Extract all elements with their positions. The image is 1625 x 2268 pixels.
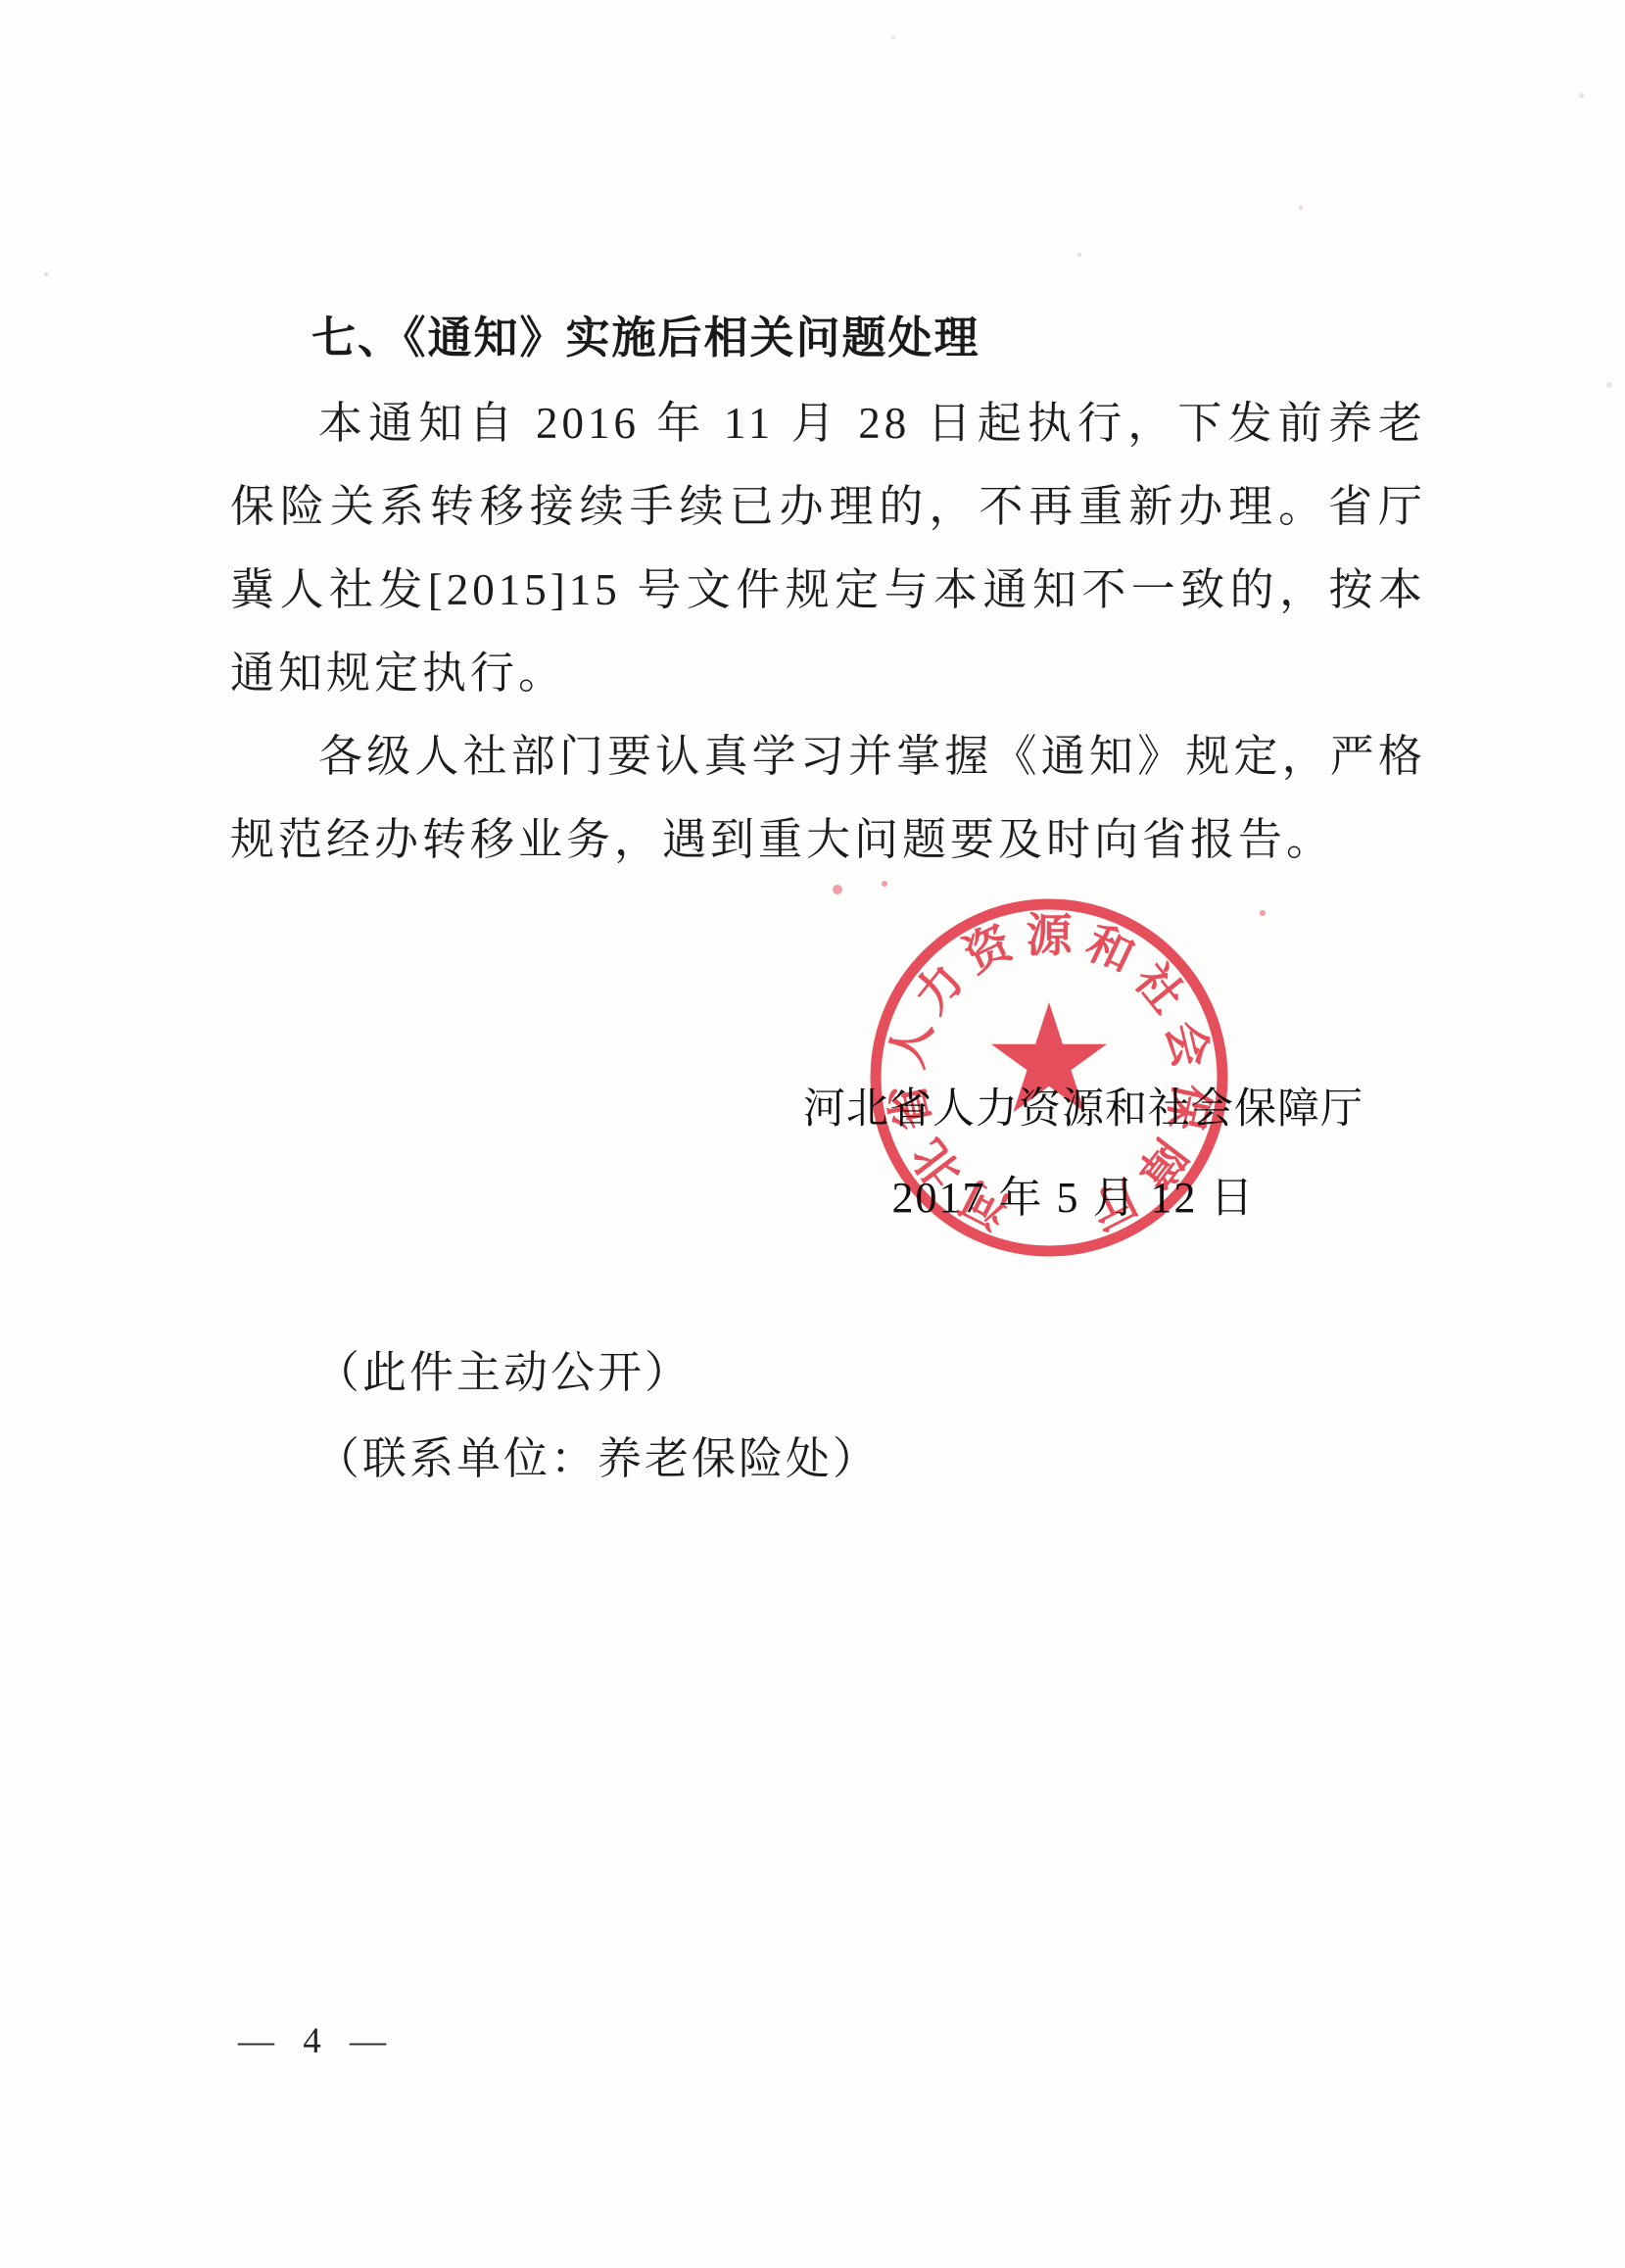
scan-speck	[1299, 206, 1303, 210]
body-paragraphs: 本通知自 2016 年 11 月 28 日起执行，下发前养老保险关系转移接续手续…	[230, 382, 1426, 882]
document-page: 七、《通知》实施后相关问题处理 本通知自 2016 年 11 月 28 日起执行…	[0, 0, 1625, 2268]
paragraph-effective-date: 本通知自 2016 年 11 月 28 日起执行，下发前养老保险关系转移接续手续…	[230, 382, 1426, 715]
svg-text:会: 会	[1156, 1016, 1217, 1073]
scan-speck	[1579, 93, 1584, 98]
scan-speck	[891, 35, 895, 39]
svg-text:源: 源	[1027, 911, 1074, 962]
contact-note: （联系单位：养老保险处）	[315, 1423, 880, 1486]
scan-speck	[1077, 253, 1081, 257]
section-heading: 七、《通知》实施后相关问题处理	[311, 302, 980, 365]
svg-text:人: 人	[882, 1016, 942, 1073]
seal-svg: 河北省人力资源和社会保障厅	[824, 852, 1274, 1303]
red-star-icon	[991, 1002, 1107, 1112]
scan-speck	[1606, 382, 1612, 388]
svg-text:省: 省	[882, 1080, 941, 1135]
page-number: — 4 —	[238, 2020, 396, 2062]
scan-speck	[44, 272, 48, 276]
disclosure-note: （此件主动公开）	[315, 1336, 692, 1400]
svg-text:保: 保	[1158, 1080, 1218, 1135]
official-seal-stamp: 河北省人力资源和社会保障厅	[824, 852, 1274, 1303]
